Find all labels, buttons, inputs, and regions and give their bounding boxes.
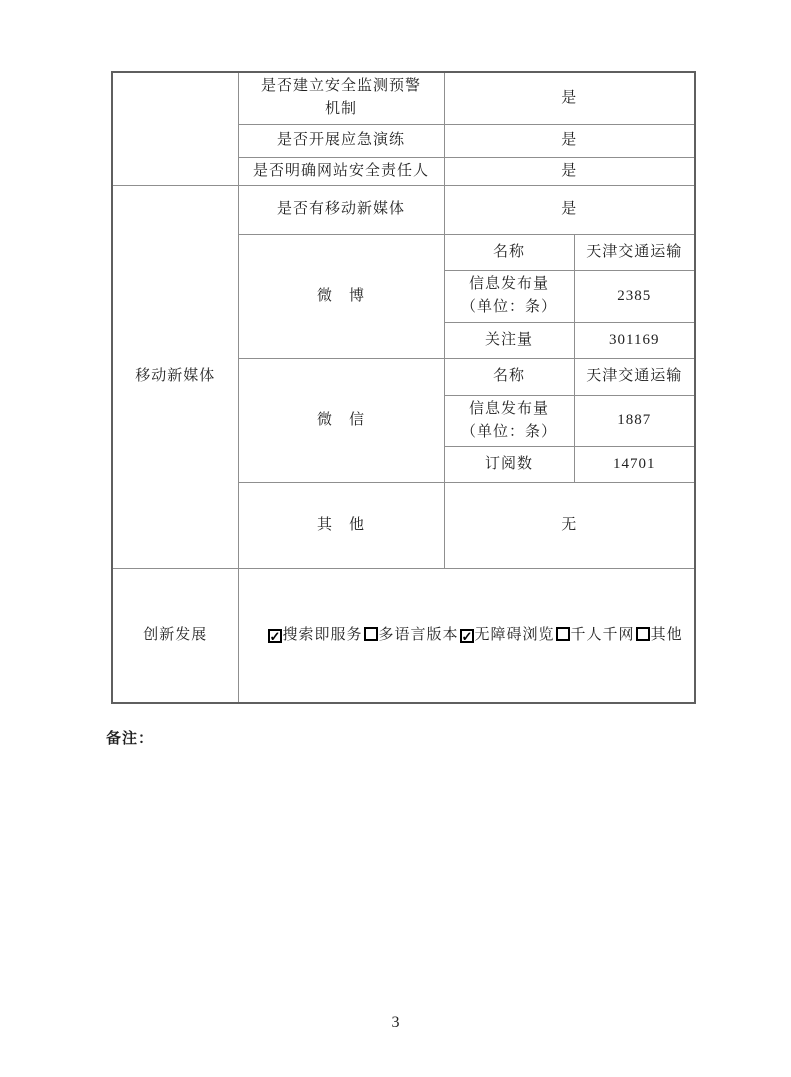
section-cell-empty xyxy=(112,72,238,185)
checkbox-accessibility-icon: ✓ xyxy=(460,629,474,643)
other-value-cell: 无 xyxy=(444,483,695,569)
checkbox-label-multilingual: 多语言版本 xyxy=(379,627,459,643)
field-label-cell: 信息发布量 （单位：条） xyxy=(444,395,574,447)
checkbox-multilingual-icon xyxy=(364,627,378,641)
posts-unit: （单位：条） xyxy=(449,421,570,444)
question-cell: 是否开展应急演练 xyxy=(238,124,444,157)
checkbox-label-personalized: 千人千网 xyxy=(571,627,635,643)
field-value-cell: 天津交通运输 xyxy=(574,234,695,270)
table-row: 创新发展 ✓搜索即服务多语言版本✓无障碍浏览千人千网其他 xyxy=(112,569,695,703)
notes-label: 备注： xyxy=(106,727,154,748)
checkbox-search-as-service-icon: ✓ xyxy=(268,629,282,643)
field-value-cell: 1887 xyxy=(574,395,695,447)
innovation-options-cell: ✓搜索即服务多语言版本✓无障碍浏览千人千网其他 xyxy=(238,569,695,703)
posts-unit: （单位：条） xyxy=(449,296,570,319)
checkbox-other-icon xyxy=(636,627,650,641)
table-row: 是否建立安全监测预警机制 是 xyxy=(112,72,695,124)
field-value-cell: 2385 xyxy=(574,270,695,322)
checkbox-personalized-icon xyxy=(556,627,570,641)
field-label-cell: 关注量 xyxy=(444,322,574,358)
answer-cell: 是 xyxy=(444,72,695,124)
question-text: 是否建立安全监测预警机制 xyxy=(257,75,425,122)
checkbox-label-other: 其他 xyxy=(651,627,683,643)
answer-cell: 是 xyxy=(444,185,695,234)
page-number: 3 xyxy=(0,1014,791,1032)
question-cell: 是否明确网站安全责任人 xyxy=(238,157,444,185)
field-label-cell: 信息发布量 （单位：条） xyxy=(444,270,574,322)
table-row: 移动新媒体 是否有移动新媒体 是 xyxy=(112,185,695,234)
other-label-cell: 其 他 xyxy=(238,483,444,569)
field-label-cell: 名称 xyxy=(444,234,574,270)
section-label-innovation: 创新发展 xyxy=(112,569,238,703)
posts-label: 信息发布量 xyxy=(449,273,570,296)
field-value-cell: 天津交通运输 xyxy=(574,358,695,395)
section-label-mobile-media: 移动新媒体 xyxy=(112,185,238,569)
answer-cell: 是 xyxy=(444,157,695,185)
document-page: 是否建立安全监测预警机制 是 是否开展应急演练 是 是否明确网站安全责任人 是 … xyxy=(0,0,791,1077)
checkbox-label-search-as-service: 搜索即服务 xyxy=(283,627,363,643)
question-cell: 是否有移动新媒体 xyxy=(238,185,444,234)
field-label-cell: 订阅数 xyxy=(444,447,574,483)
field-value-cell: 301169 xyxy=(574,322,695,358)
field-value-cell: 14701 xyxy=(574,447,695,483)
posts-label: 信息发布量 xyxy=(449,398,570,421)
checkbox-label-accessibility: 无障碍浏览 xyxy=(475,627,555,643)
annual-report-table: 是否建立安全监测预警机制 是 是否开展应急演练 是 是否明确网站安全责任人 是 … xyxy=(111,71,696,704)
wechat-label-cell: 微 信 xyxy=(238,358,444,483)
field-label-cell: 名称 xyxy=(444,358,574,395)
weibo-label-cell: 微 博 xyxy=(238,234,444,358)
question-cell: 是否建立安全监测预警机制 xyxy=(238,72,444,124)
answer-cell: 是 xyxy=(444,124,695,157)
